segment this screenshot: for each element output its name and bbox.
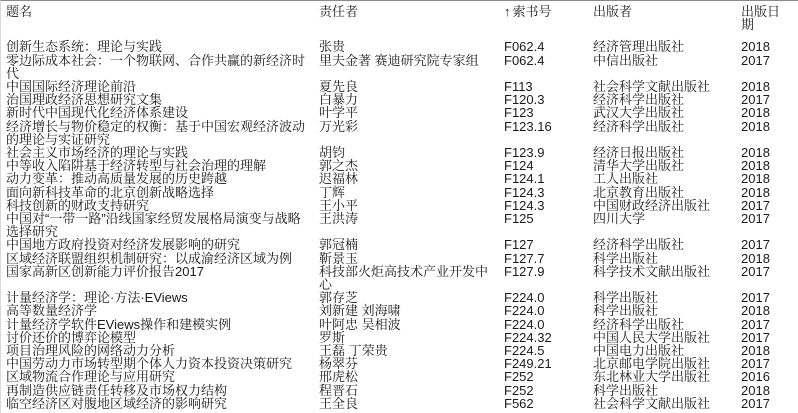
cell-publisher: 科学出版社 <box>593 384 741 397</box>
cell-author: 叶学平 <box>319 106 504 119</box>
cell-author: 科技部火炬高技术产业开发中心 <box>319 265 504 291</box>
cell-author: 里夫金著 赛迪研究院专家组 <box>319 54 504 67</box>
cell-publisher: 经济科学出版社 <box>593 238 741 251</box>
cell-publisher: 经济科学出版社 <box>593 318 741 331</box>
cell-date: 2017 <box>741 212 786 225</box>
cell-author: 刘新建 刘海啸 <box>319 304 504 317</box>
table-row: 创新生态系统：理论与实践 张贵 F062.4 经济管理出版社 2018 <box>6 40 798 53</box>
cell-date: 2018 <box>741 186 786 199</box>
table-row: 经济增长与物价稳定的权衡：基于中国宏观经济波动的理论与实证研究 万光彩 F123… <box>6 120 798 146</box>
cell-title: 创新生态系统：理论与实践 <box>6 40 319 53</box>
cell-publisher: 四川大学 <box>593 212 741 225</box>
cell-author: 迟福林 <box>319 172 504 185</box>
cell-date: 2016 <box>741 370 786 383</box>
cell-callno: F127.7 <box>504 252 593 265</box>
cell-title: 国家高新区创新能力评价报告2017 <box>6 265 319 278</box>
cell-publisher: 经济管理出版社 <box>593 40 741 53</box>
column-header-publisher[interactable]: 出版者 <box>593 5 741 18</box>
column-header-author[interactable]: 责任者 <box>319 5 504 18</box>
cell-callno: F224.0 <box>504 318 593 331</box>
cell-publisher: 经济科学出版社 <box>593 120 741 133</box>
cell-publisher: 社会科学文献出版社 <box>593 397 741 410</box>
column-header-callnumber[interactable]: ↑索书号 <box>504 5 593 18</box>
cell-publisher: 北京教育出版社 <box>593 186 741 199</box>
cell-date: 2018 <box>741 120 786 133</box>
cell-title: 零边际成本社会：一个物联网、合作共赢的新经济时代 <box>6 54 319 80</box>
cell-date: 2018 <box>741 172 786 185</box>
column-header-title[interactable]: 题名 <box>6 5 319 18</box>
cell-callno: F224.0 <box>504 304 593 317</box>
cell-title: 新时代中国现代化经济体系建设 <box>6 106 319 119</box>
column-header-pubdate[interactable]: 出版日期 <box>741 5 786 31</box>
results-table-body: 创新生态系统：理论与实践 张贵 F062.4 经济管理出版社 2018 零边际成… <box>6 40 798 410</box>
table-row: 再制造供应链责任转移及市场权力结构 程晋石 F252 科学出版社 2018 <box>6 384 798 397</box>
cell-callno: F125 <box>504 212 593 225</box>
table-row: 区域物流合作理论与应用研究 邢虎松 F252 东北林业大学出版社 2016 <box>6 370 798 383</box>
cell-author: 万光彩 <box>319 120 504 133</box>
cell-title: 面向新科技革命的北京创新战略选择 <box>6 186 319 199</box>
cell-callno: F124.3 <box>504 186 593 199</box>
cell-callno: F127.9 <box>504 265 593 278</box>
table-row: 中国地方政府投资对经济发展影响的研究 郭冠楠 F127 经济科学出版社 2017 <box>6 238 798 251</box>
cell-author: 张贵 <box>319 40 504 53</box>
cell-publisher: 中信出版社 <box>593 54 741 67</box>
table-row: 高等数量经济学 刘新建 刘海啸 F224.0 科学出版社 2018 <box>6 304 798 317</box>
cell-date: 2018 <box>741 384 786 397</box>
cell-publisher: 武汉大学出版社 <box>593 106 741 119</box>
cell-date: 2018 <box>741 106 786 119</box>
table-row: 中国对“一带一路”沿线国家经贸发展格局演变与战略选择研究 王洪涛 F125 四川… <box>6 212 798 238</box>
cell-author: 靳景玉 <box>319 252 504 265</box>
sort-ascending-icon: ↑ <box>504 5 511 18</box>
cell-callno: F252 <box>504 370 593 383</box>
cell-title: 临空经济区对腹地区域经济的影响研究 <box>6 397 319 410</box>
table-row: 零边际成本社会：一个物联网、合作共赢的新经济时代 里夫金著 赛迪研究院专家组 F… <box>6 54 798 80</box>
cell-date: 2017 <box>741 397 786 410</box>
cell-title: 区域物流合作理论与应用研究 <box>6 370 319 383</box>
table-row: 计量经济学软件EViews操作和建模实例 叶阿忠 吴相波 F224.0 经济科学… <box>6 318 798 331</box>
cell-author: 郭冠楠 <box>319 238 504 251</box>
table-row: 新时代中国现代化经济体系建设 叶学平 F123 武汉大学出版社 2018 <box>6 106 798 119</box>
table-row: 计量经济学：理论·方法·EViews 郭存芝 F224.0 科学出版社 2017 <box>6 291 798 304</box>
table-row: 国家高新区创新能力评价报告2017 科技部火炬高技术产业开发中心 F127.9 … <box>6 265 798 291</box>
cell-date: 2018 <box>741 252 786 265</box>
table-header-row: 题名 责任者 ↑索书号 出版者 出版日期 <box>6 5 798 31</box>
column-header-callnumber-label: 索书号 <box>513 4 552 19</box>
cell-date: 2017 <box>741 318 786 331</box>
cell-date: 2017 <box>741 238 786 251</box>
cell-callno: F124.1 <box>504 172 593 185</box>
cell-publisher: 东北林业大学出版社 <box>593 370 741 383</box>
table-row: 区域经济联盟组织机制研究：以成渝经济区域为例 靳景玉 F127.7 科学出版社 … <box>6 252 798 265</box>
cell-date: 2018 <box>741 40 786 53</box>
cell-callno: F123 <box>504 106 593 119</box>
cell-author: 叶阿忠 吴相波 <box>319 318 504 331</box>
cell-callno: F123.16 <box>504 120 593 133</box>
catalog-results-page: { "table": { "columns": [ { "label": "题名… <box>0 0 798 413</box>
cell-callno: F062.4 <box>504 40 593 53</box>
cell-title: 再制造供应链责任转移及市场权力结构 <box>6 384 319 397</box>
cell-author: 王全良 <box>319 397 504 410</box>
search-results-table: 题名 责任者 ↑索书号 出版者 出版日期 创新生态系统：理论与实践 张贵 F06… <box>1 1 798 410</box>
cell-author: 王洪涛 <box>319 212 504 225</box>
table-row: 面向新科技革命的北京创新战略选择 丁辉 F124.3 北京教育出版社 2018 <box>6 186 798 199</box>
cell-callno: F127 <box>504 238 593 251</box>
cell-date: 2017 <box>741 54 786 67</box>
cell-author: 丁辉 <box>319 186 504 199</box>
cell-title: 高等数量经济学 <box>6 304 319 317</box>
cell-publisher: 科学出版社 <box>593 252 741 265</box>
cell-callno: F062.4 <box>504 54 593 67</box>
cell-date: 2018 <box>741 304 786 317</box>
cell-publisher: 工人出版社 <box>593 172 741 185</box>
cell-title: 中国地方政府投资对经济发展影响的研究 <box>6 238 319 251</box>
cell-title: 区域经济联盟组织机制研究：以成渝经济区域为例 <box>6 252 319 265</box>
cell-title: 中国对“一带一路”沿线国家经贸发展格局演变与战略选择研究 <box>6 212 319 238</box>
cell-publisher: 科学技术文献出版社 <box>593 265 741 278</box>
cell-callno: F562 <box>504 397 593 410</box>
cell-date: 2017 <box>741 265 786 278</box>
table-row: 动力变革：推动高质量发展的历史跨越 迟福林 F124.1 工人出版社 2018 <box>6 172 798 185</box>
cell-author: 邢虎松 <box>319 370 504 383</box>
cell-title: 经济增长与物价稳定的权衡：基于中国宏观经济波动的理论与实证研究 <box>6 120 319 146</box>
table-row: 临空经济区对腹地区域经济的影响研究 王全良 F562 社会科学文献出版社 201… <box>6 397 798 410</box>
cell-title: 计量经济学软件EViews操作和建模实例 <box>6 318 319 331</box>
cell-author: 程晋石 <box>319 384 504 397</box>
cell-publisher: 科学出版社 <box>593 304 741 317</box>
cell-callno: F252 <box>504 384 593 397</box>
cell-title: 动力变革：推动高质量发展的历史跨越 <box>6 172 319 185</box>
